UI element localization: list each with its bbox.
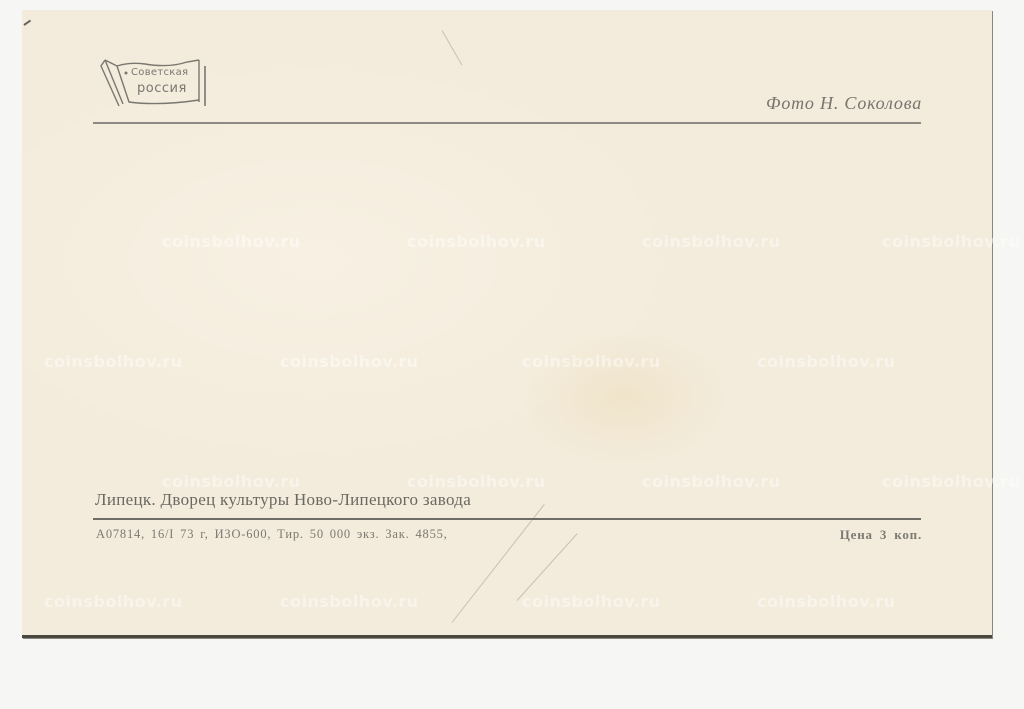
publisher-logo: Советская россия [99, 56, 209, 110]
watermark: coinsbolhov.ru [162, 472, 301, 491]
imprint-line: А07814, 16/I 73 г, ИЗО-600, Тир. 50 000 … [96, 527, 448, 542]
watermark: coinsbolhov.ru [882, 232, 1021, 251]
top-rule [93, 122, 921, 124]
watermark: coinsbolhov.ru [757, 592, 896, 611]
watermark: coinsbolhov.ru [44, 592, 183, 611]
logo-text-line2: россия [137, 81, 187, 96]
watermark: coinsbolhov.ru [522, 352, 661, 371]
watermark: coinsbolhov.ru [522, 592, 661, 611]
watermark: coinsbolhov.ru [280, 352, 419, 371]
watermark: coinsbolhov.ru [642, 472, 781, 491]
watermark: coinsbolhov.ru [162, 232, 301, 251]
watermark: coinsbolhov.ru [280, 592, 419, 611]
pencil-streak [517, 533, 578, 601]
watermark: coinsbolhov.ru [44, 352, 183, 371]
pencil-mark [23, 20, 31, 26]
watermark: coinsbolhov.ru [642, 232, 781, 251]
watermark: coinsbolhov.ru [407, 472, 546, 491]
logo-text-line1: Советская [131, 67, 188, 78]
photo-credit: Фото Н. Соколова [766, 93, 922, 114]
postcard: Советская россия Фото Н. Соколова coinsb… [22, 10, 992, 638]
watermark: coinsbolhov.ru [882, 472, 1021, 491]
pencil-streak [442, 30, 463, 65]
price-label: Цена 3 коп. [840, 527, 922, 543]
pencil-streak [452, 504, 545, 623]
watermark: coinsbolhov.ru [757, 352, 896, 371]
bottom-rule [93, 518, 921, 520]
watermark: coinsbolhov.ru [407, 232, 546, 251]
caption: Липецк. Дворец культуры Ново-Липецкого з… [95, 490, 471, 510]
